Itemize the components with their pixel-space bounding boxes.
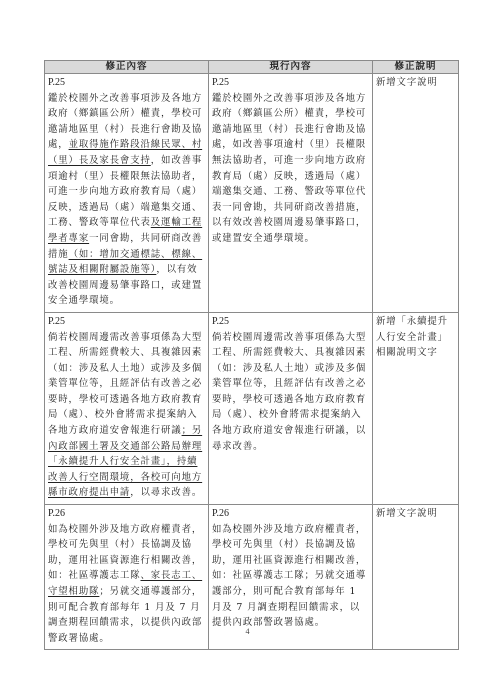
current-text: 倘若校園周邊需改善事項係為大型工程、所需經費較大、具複雜因素（如：涉及私人土地）… <box>212 332 366 452</box>
page-ref: P.25 <box>48 75 205 91</box>
current-text: 如為校園外涉及地方政府權責者，學校可先與里（村）長協調及協助，運用社區資源進行相… <box>212 524 366 629</box>
page-ref: P.25 <box>212 314 369 330</box>
current-text: 鑑於校園外之改善事項涉及各地方政府（鄉鎮區公所）權責，學校可邀請地區里（村）長進… <box>212 93 366 244</box>
revised-text: 如為校園外涉及地方政府權責者，學校可先與里（村）長協調及協助，運用社區資源進行相… <box>48 524 202 644</box>
text-segment: ，以尋求改善。 <box>130 487 202 498</box>
current-cell: P.25 倘若校園周邊需改善事項係為大型工程、所需經費較大、具複雜因素（如：涉及… <box>209 312 373 504</box>
document-page: 修正內容 現行內容 修正說明 P.25 鑑於校園外之改善事項涉及各地方政府（鄉鎮… <box>0 0 495 700</box>
note-cell: 新增「永續提升人行安全計畫」相關說明文字 <box>373 312 459 504</box>
revised-cell: P.25 倘若校園周邊需改善事項係為大型工程、所需經費較大、具複雜因素（如：涉及… <box>45 312 209 504</box>
revised-text: 鑑於校園外之改善事項涉及各地方政府（鄉鎮區公所）權責，學校可邀請地區里（村）長進… <box>48 93 202 307</box>
table-header-row: 修正內容 現行內容 修正說明 <box>45 61 459 74</box>
header-revision-note: 修正說明 <box>373 61 459 74</box>
text-segment: 倘若校園周邊需改善事項係為大型工程、所需經費較大、具複雜因素（如：涉及私人土地）… <box>48 332 202 437</box>
table-row: P.25 鑑於校園外之改善事項涉及各地方政府（鄉鎮區公所）權責，學校可邀請地區里… <box>45 74 459 313</box>
revision-note: 新增文字說明 <box>376 77 438 88</box>
table-row: P.25 倘若校園周邊需改善事項係為大型工程、所需經費較大、具複雜因素（如：涉及… <box>45 312 459 504</box>
page-ref: P.26 <box>212 506 369 522</box>
page-ref: P.25 <box>48 314 205 330</box>
header-current-content: 現行內容 <box>209 61 373 74</box>
header-revised-content: 修正內容 <box>45 61 209 74</box>
page-ref: P.25 <box>212 75 369 91</box>
page-number: 4 <box>0 627 495 636</box>
note-cell: 新增文字說明 <box>373 74 459 313</box>
revised-cell: P.25 鑑於校園外之改善事項涉及各地方政府（鄉鎮區公所）權責，學校可邀請地區里… <box>45 74 209 313</box>
revision-comparison-table: 修正內容 現行內容 修正說明 P.25 鑑於校園外之改善事項涉及各地方政府（鄉鎮… <box>44 60 459 650</box>
current-cell: P.25 鑑於校園外之改善事項涉及各地方政府（鄉鎮區公所）權責，學校可邀請地區里… <box>209 74 373 313</box>
revision-note: 新增文字說明 <box>376 508 438 519</box>
page-ref: P.26 <box>48 506 205 522</box>
revision-note: 新增「永續提升人行安全計畫」相關說明文字 <box>376 316 448 358</box>
revised-text: 倘若校園周邊需改善事項係為大型工程、所需經費較大、具複雜因素（如：涉及私人土地）… <box>48 332 202 499</box>
